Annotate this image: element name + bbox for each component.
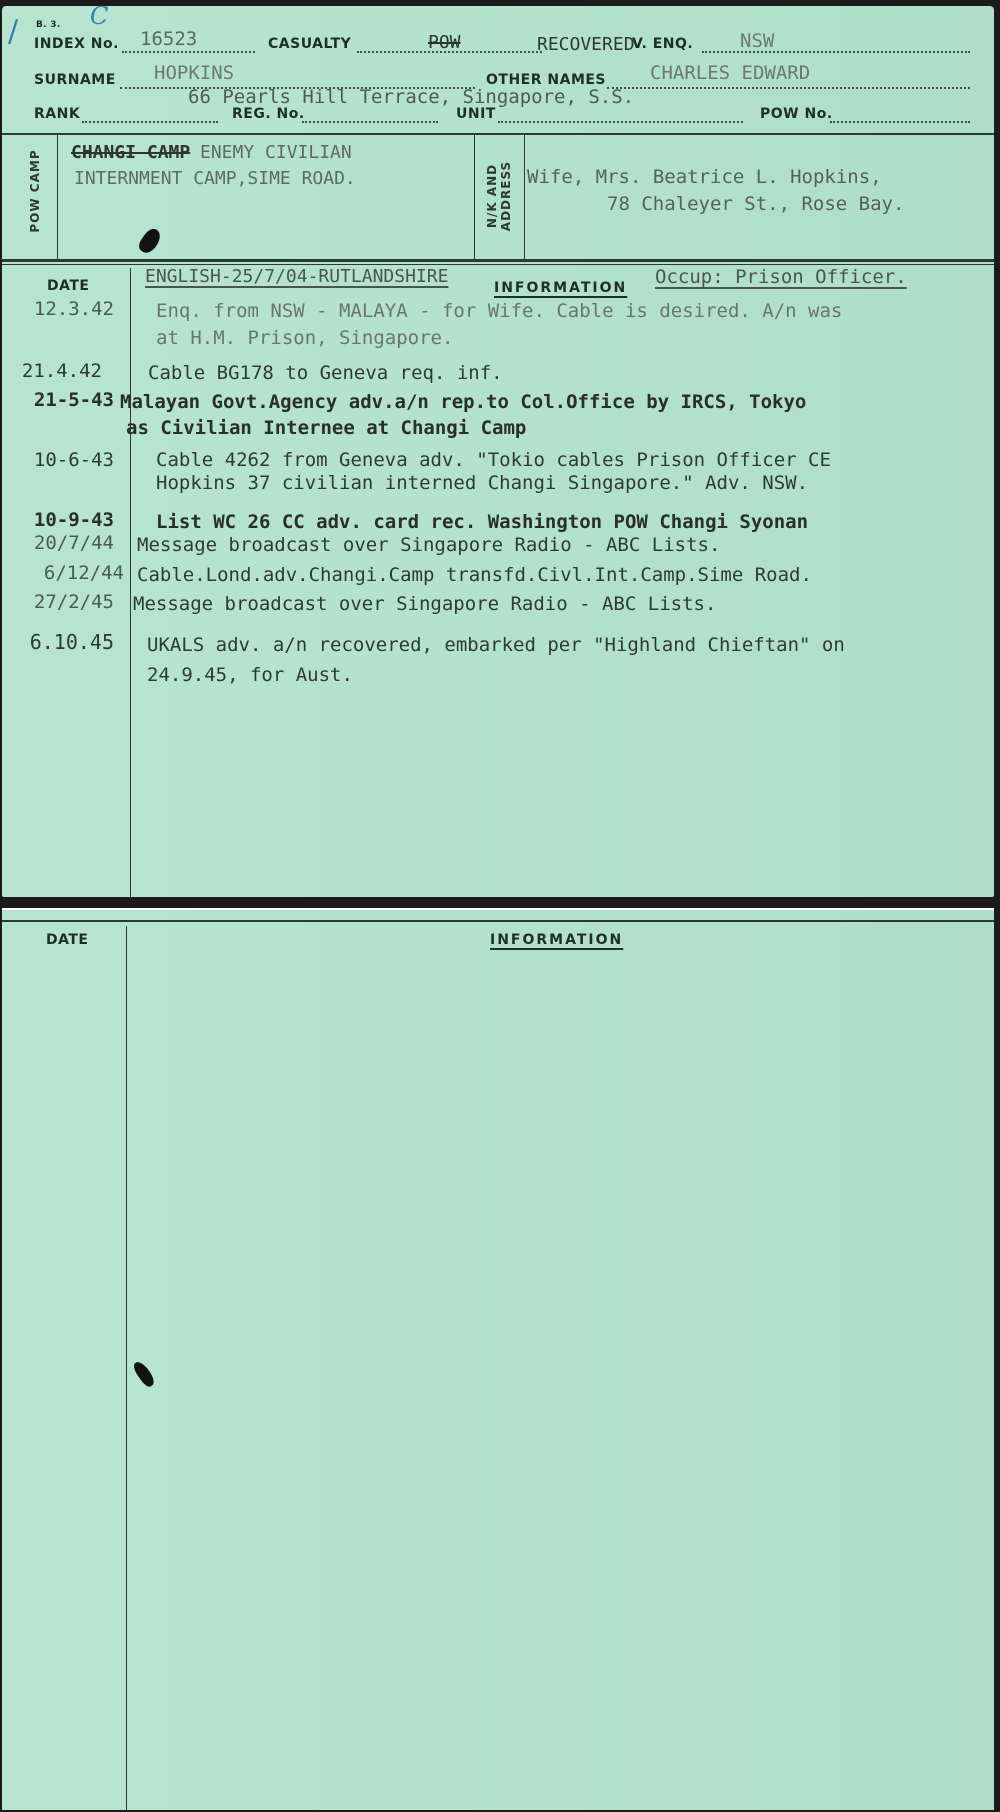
ink-blot — [136, 226, 164, 256]
pow-camp-struck: CHANGI CAMP — [71, 142, 190, 163]
record-card-back: DATE INFORMATION — [2, 908, 994, 1810]
casualty-label: CASUALTY — [268, 36, 351, 52]
reg-no-label: REG. No. — [232, 106, 305, 122]
civilian-address: 66 Pearls Hill Terrace, Singapore, S.S. — [188, 86, 634, 108]
surname-value: HOPKINS — [154, 62, 234, 84]
record-card-front: / C B. 3. INDEX No. 16523 CASUALTY POW R… — [2, 6, 994, 897]
info-header: INFORMATION — [494, 280, 627, 296]
div-enq-label: V. ENQ. — [632, 36, 693, 52]
hand-mark: C — [90, 2, 108, 30]
back-date-header: DATE — [46, 932, 88, 948]
casualty-value: RECOVERED — [537, 34, 635, 55]
index-value: 16523 — [140, 28, 197, 50]
other-names-value: CHARLES EDWARD — [650, 62, 810, 84]
unit-label: UNIT — [456, 106, 496, 122]
form-code: B. 3. — [36, 20, 61, 30]
date-header: DATE — [47, 278, 89, 294]
nok-line2: 78 Chaleyer St., Rose Bay. — [607, 193, 904, 215]
rank-label: RANK — [34, 106, 80, 122]
pow-camp-line1: ENEMY CIVILIAN — [200, 142, 352, 163]
ink-blot — [131, 1359, 157, 1389]
div-enq-value: NSW — [740, 30, 774, 52]
index-label: INDEX No. — [34, 36, 119, 52]
nok-label: N/K ANDADDRESS — [485, 151, 513, 241]
occupation: Occup: Prison Officer. — [655, 266, 907, 288]
pow-no-label: POW No. — [760, 106, 833, 122]
back-info-header: INFORMATION — [490, 932, 623, 948]
pow-camp-label: POW CAMP — [28, 146, 42, 236]
nok-line1: Wife, Mrs. Beatrice L. Hopkins, — [527, 166, 882, 188]
hand-tick-mark: / — [8, 14, 18, 49]
pow-camp-line2: INTERNMENT CAMP,SIME ROAD. — [74, 168, 356, 189]
casualty-struck: POW — [428, 32, 461, 53]
header-note: ENGLISH-25/7/04-RUTLANDSHIRE — [145, 266, 448, 287]
surname-label: SURNAME — [34, 72, 116, 88]
